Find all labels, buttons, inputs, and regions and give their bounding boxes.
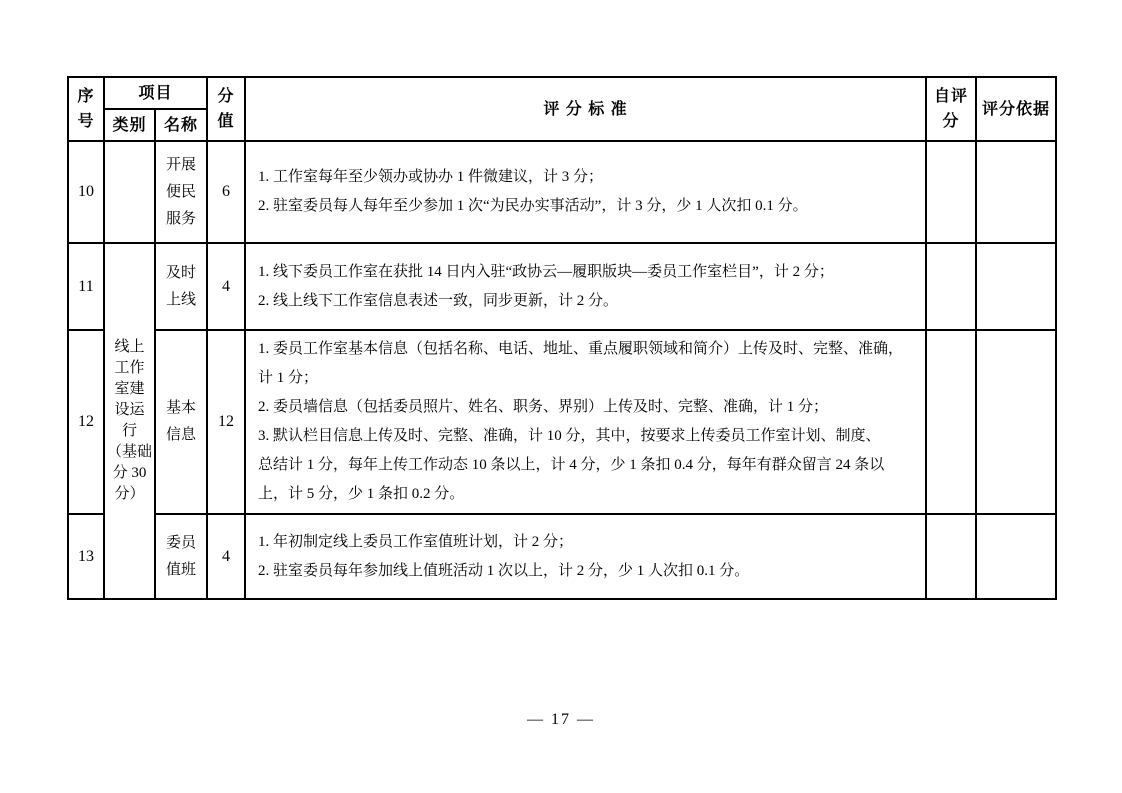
- header-category: 类别: [104, 109, 155, 141]
- row-name: 委员 值班: [155, 514, 207, 599]
- row-score: 12: [207, 330, 245, 514]
- row-criteria: 1. 工作室每年至少领办或协办 1 件微建议，计 3 分； 2. 驻室委员每人每…: [245, 141, 926, 243]
- merged-category-cell: 线上 工作 室建 设运 行 （基础 分 30 分）: [104, 243, 155, 599]
- header-project: 项目: [104, 77, 207, 109]
- row-name: 开展 便民 服务: [155, 141, 207, 243]
- header-score: 分 值: [207, 77, 245, 141]
- row-basis: [976, 141, 1056, 243]
- row-score: 4: [207, 243, 245, 330]
- row-basis: [976, 243, 1056, 330]
- row-name: 基本 信息: [155, 330, 207, 514]
- header-criteria: 评 分 标 准: [245, 77, 926, 141]
- row-score: 6: [207, 141, 245, 243]
- document-page: 序 号 项目 分 值 评 分 标 准 自评 分 评分依据 类别 名称 10 开展…: [0, 0, 1122, 793]
- row-criteria: 1. 委员工作室基本信息（包括名称、电话、地址、重点履职领域和简介）上传及时、完…: [245, 330, 926, 514]
- header-name: 名称: [155, 109, 207, 141]
- header-self-score: 自评 分: [926, 77, 976, 141]
- row-category: [104, 141, 155, 243]
- row-basis: [976, 330, 1056, 514]
- row-self-score: [926, 141, 976, 243]
- row-self-score: [926, 514, 976, 599]
- row-criteria: 1. 线下委员工作室在获批 14 日内入驻“政协云—履职版块—委员工作室栏目”，…: [245, 243, 926, 330]
- table-row: 12 基本 信息 12 1. 委员工作室基本信息（包括名称、电话、地址、重点履职…: [68, 330, 1056, 514]
- row-self-score: [926, 243, 976, 330]
- row-seq: 11: [68, 243, 104, 330]
- row-score: 4: [207, 514, 245, 599]
- row-seq: 12: [68, 330, 104, 514]
- row-name: 及时 上线: [155, 243, 207, 330]
- header-seq: 序 号: [68, 77, 104, 141]
- table-row: 10 开展 便民 服务 6 1. 工作室每年至少领办或协办 1 件微建议，计 3…: [68, 141, 1056, 243]
- row-seq: 13: [68, 514, 104, 599]
- page-number: — 17 —: [0, 711, 1122, 729]
- scoring-criteria-table: 序 号 项目 分 值 评 分 标 准 自评 分 评分依据 类别 名称 10 开展…: [67, 76, 1057, 600]
- row-self-score: [926, 330, 976, 514]
- row-criteria: 1. 年初制定线上委员工作室值班计划，计 2 分； 2. 驻室委员每年参加线上值…: [245, 514, 926, 599]
- row-seq: 10: [68, 141, 104, 243]
- row-basis: [976, 514, 1056, 599]
- table-header: 序 号 项目 分 值 评 分 标 准 自评 分 评分依据 类别 名称: [68, 77, 1056, 141]
- table-row: 11 线上 工作 室建 设运 行 （基础 分 30 分） 及时 上线 4 1. …: [68, 243, 1056, 330]
- header-basis: 评分依据: [976, 77, 1056, 141]
- table-row: 13 委员 值班 4 1. 年初制定线上委员工作室值班计划，计 2 分； 2. …: [68, 514, 1056, 599]
